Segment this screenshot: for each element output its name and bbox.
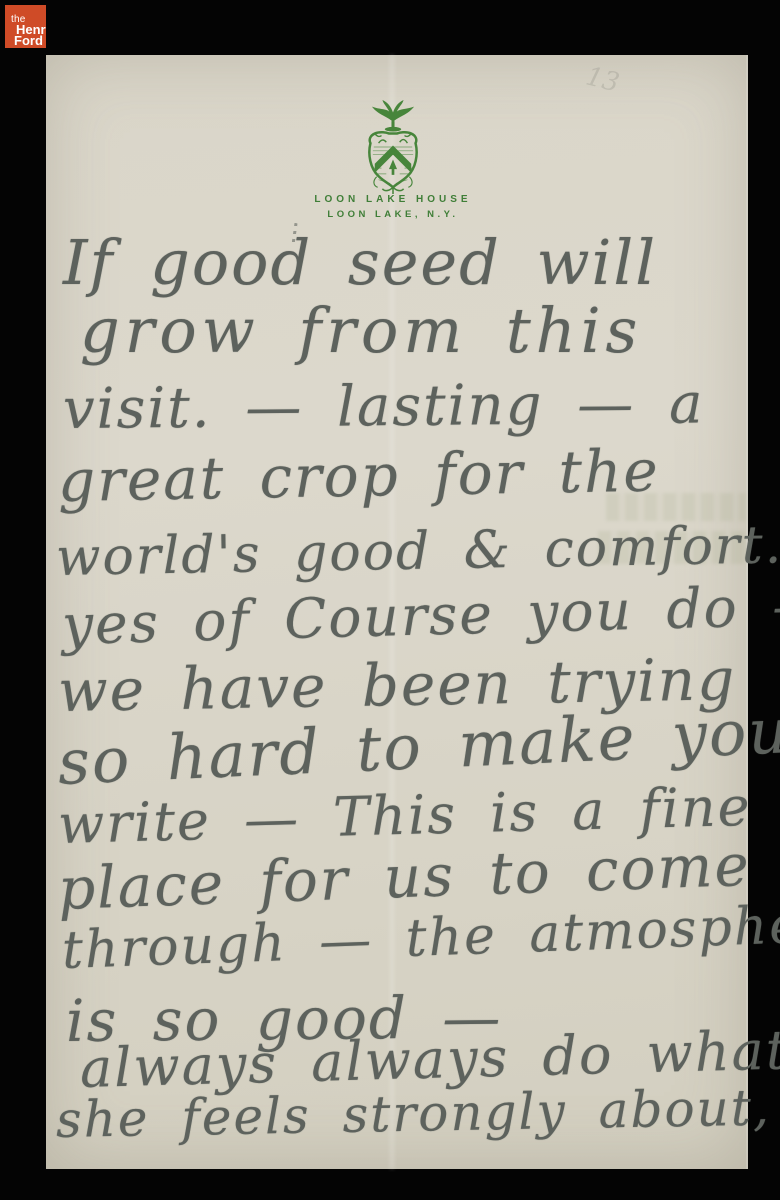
- logo-word-ford: Ford: [14, 33, 43, 48]
- handwritten-line: great crop for the: [57, 442, 660, 510]
- handwritten-text: If good seed will grow from this visit. …: [46, 55, 748, 1169]
- scan-background: the Henry Ford: [0, 0, 780, 1200]
- handwritten-line: world's good & comfort.: [56, 519, 780, 584]
- letter-page: LOON LAKE HOUSE LOON LAKE, N.Y. 13 If go…: [46, 55, 748, 1169]
- handwritten-line: visit. — lasting — a: [63, 376, 705, 438]
- handwritten-line: she feels strongly about,: [56, 1083, 772, 1145]
- henry-ford-logo: the Henry Ford: [5, 5, 46, 48]
- handwritten-line: yes of Course you do —: [61, 578, 780, 653]
- handwritten-line: If good seed will: [63, 232, 657, 294]
- handwritten-line: grow from this: [80, 300, 642, 362]
